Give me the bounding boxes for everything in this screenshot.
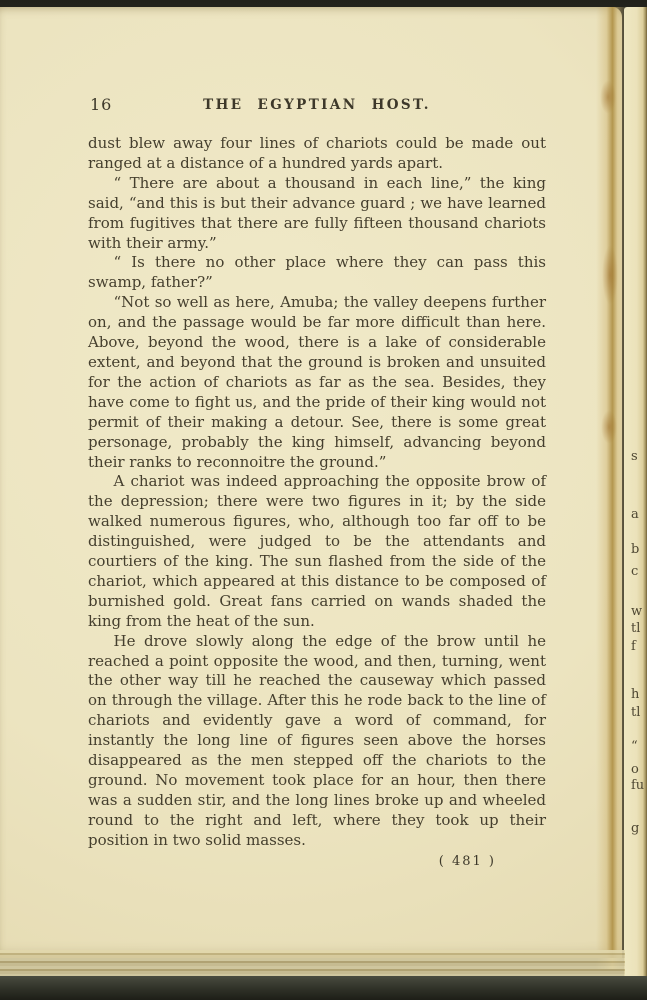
edge-text-fragment: h <box>631 688 639 702</box>
page-body: dust blew away four lines of chariots co… <box>88 134 546 851</box>
edge-text-fragment: o <box>631 763 639 777</box>
edge-text-fragment: c <box>631 565 638 579</box>
edge-text-fragment: w <box>631 605 642 619</box>
paragraph: “ Is there no other place where they can… <box>88 253 546 293</box>
edge-text-fragment: s <box>631 450 638 464</box>
page-header: 16 THE EGYPTIAN HOST. <box>88 95 546 117</box>
edge-text-fragment: a <box>631 508 639 522</box>
edge-text-fragment: b <box>631 543 639 557</box>
background-surface <box>0 976 647 1000</box>
book-photo: 16 THE EGYPTIAN HOST. dust blew away fou… <box>0 0 647 1000</box>
book-page: 16 THE EGYPTIAN HOST. dust blew away fou… <box>0 7 622 958</box>
edge-text-fragment: f <box>631 640 636 654</box>
paragraph: He drove slowly along the edge of the br… <box>88 632 546 851</box>
edge-text-fragment: tl <box>631 706 640 720</box>
paragraph: “Not so well as here, Amuba; the valley … <box>88 293 546 472</box>
edge-text-fragment: tl <box>631 622 640 636</box>
page-gutter-fold <box>596 7 626 969</box>
edge-text-fragment: fu <box>631 779 644 793</box>
page-text-block: 16 THE EGYPTIAN HOST. dust blew away fou… <box>88 95 546 869</box>
paragraph: dust blew away four lines of chariots co… <box>88 134 546 174</box>
fold-stain <box>602 245 618 305</box>
signature-mark: ( 481 ) <box>88 854 546 869</box>
edge-text-fragment: g <box>631 822 639 836</box>
fold-stain <box>600 80 616 114</box>
paragraph: A chariot was indeed approaching the opp… <box>88 472 546 631</box>
page-stack-edge <box>0 950 625 979</box>
fold-stain <box>601 410 617 444</box>
facing-page-edge: s a b c w tl f h tl “ o fu g <box>624 7 647 977</box>
paragraph: “ There are about a thousand in each lin… <box>88 174 546 254</box>
running-title: THE EGYPTIAN HOST. <box>88 97 546 113</box>
edge-text-fragment: “ <box>631 740 638 754</box>
